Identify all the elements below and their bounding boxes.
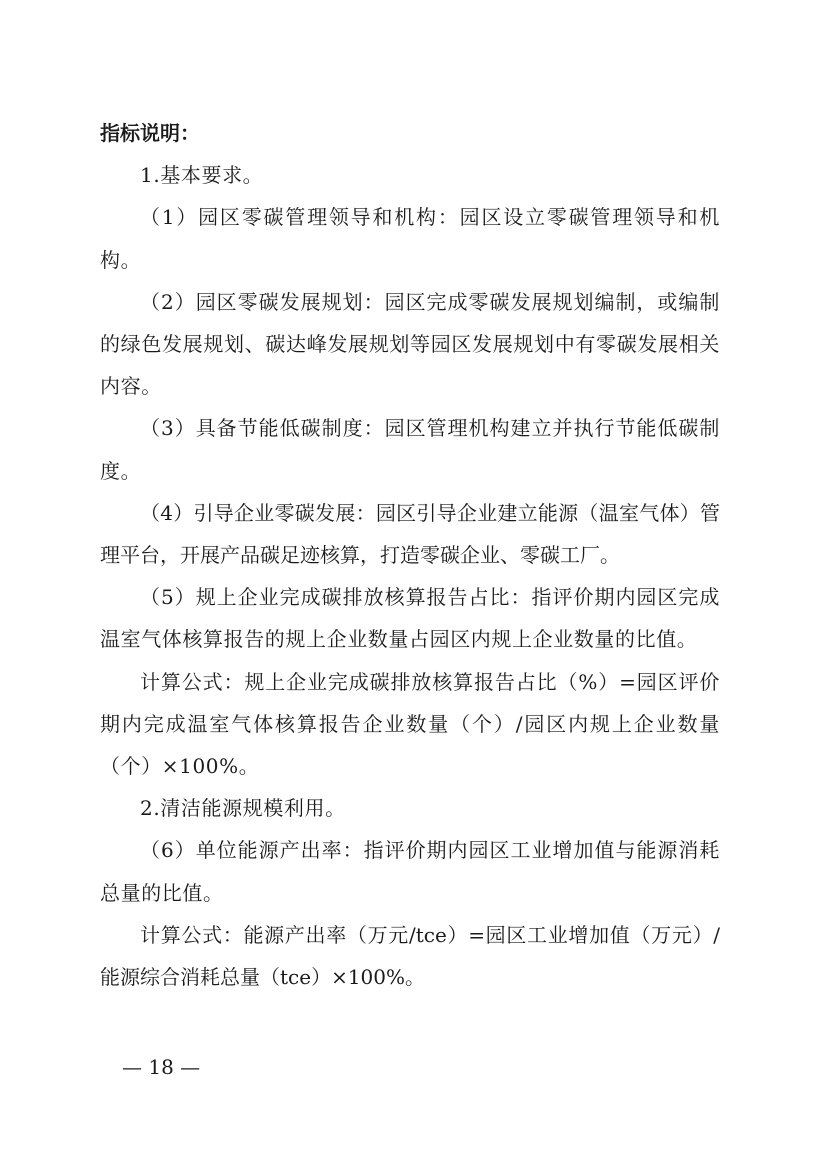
paragraph-indicator-2: （2）园区零碳发展规划：园区完成零碳发展规划编制，或编制的绿色发展规划、碳达峰发…	[100, 281, 720, 408]
page-number: — 18 —	[122, 1052, 200, 1082]
paragraph-formula-5: 计算公式：规上企业完成碳排放核算报告占比（%）=园区评价期内完成温室气体核算报告…	[100, 661, 720, 788]
paragraph-basic-requirements: 1.基本要求。	[100, 154, 720, 196]
paragraph-indicator-5: （5）规上企业完成碳排放核算报告占比：指评价期内园区完成温室气体核算报告的规上企…	[100, 576, 720, 660]
section-heading: 指标说明：	[100, 112, 720, 154]
paragraph-indicator-1: （1）园区零碳管理领导和机构：园区设立零碳管理领导和机构。	[100, 196, 720, 280]
paragraph-indicator-4: （4）引导企业零碳发展：园区引导企业建立能源（温室气体）管理平台，开展产品碳足迹…	[100, 492, 720, 576]
document-body: 指标说明： 1.基本要求。 （1）园区零碳管理领导和机构：园区设立零碳管理领导和…	[100, 112, 720, 998]
paragraph-indicator-3: （3）具备节能低碳制度：园区管理机构建立并执行节能低碳制度。	[100, 407, 720, 491]
paragraph-indicator-6: （6）单位能源产出率：指评价期内园区工业增加值与能源消耗总量的比值。	[100, 829, 720, 913]
paragraph-formula-6: 计算公式：能源产出率（万元/tce）=园区工业增加值（万元）/能源综合消耗总量（…	[100, 914, 720, 998]
paragraph-clean-energy: 2.清洁能源规模利用。	[100, 787, 720, 829]
